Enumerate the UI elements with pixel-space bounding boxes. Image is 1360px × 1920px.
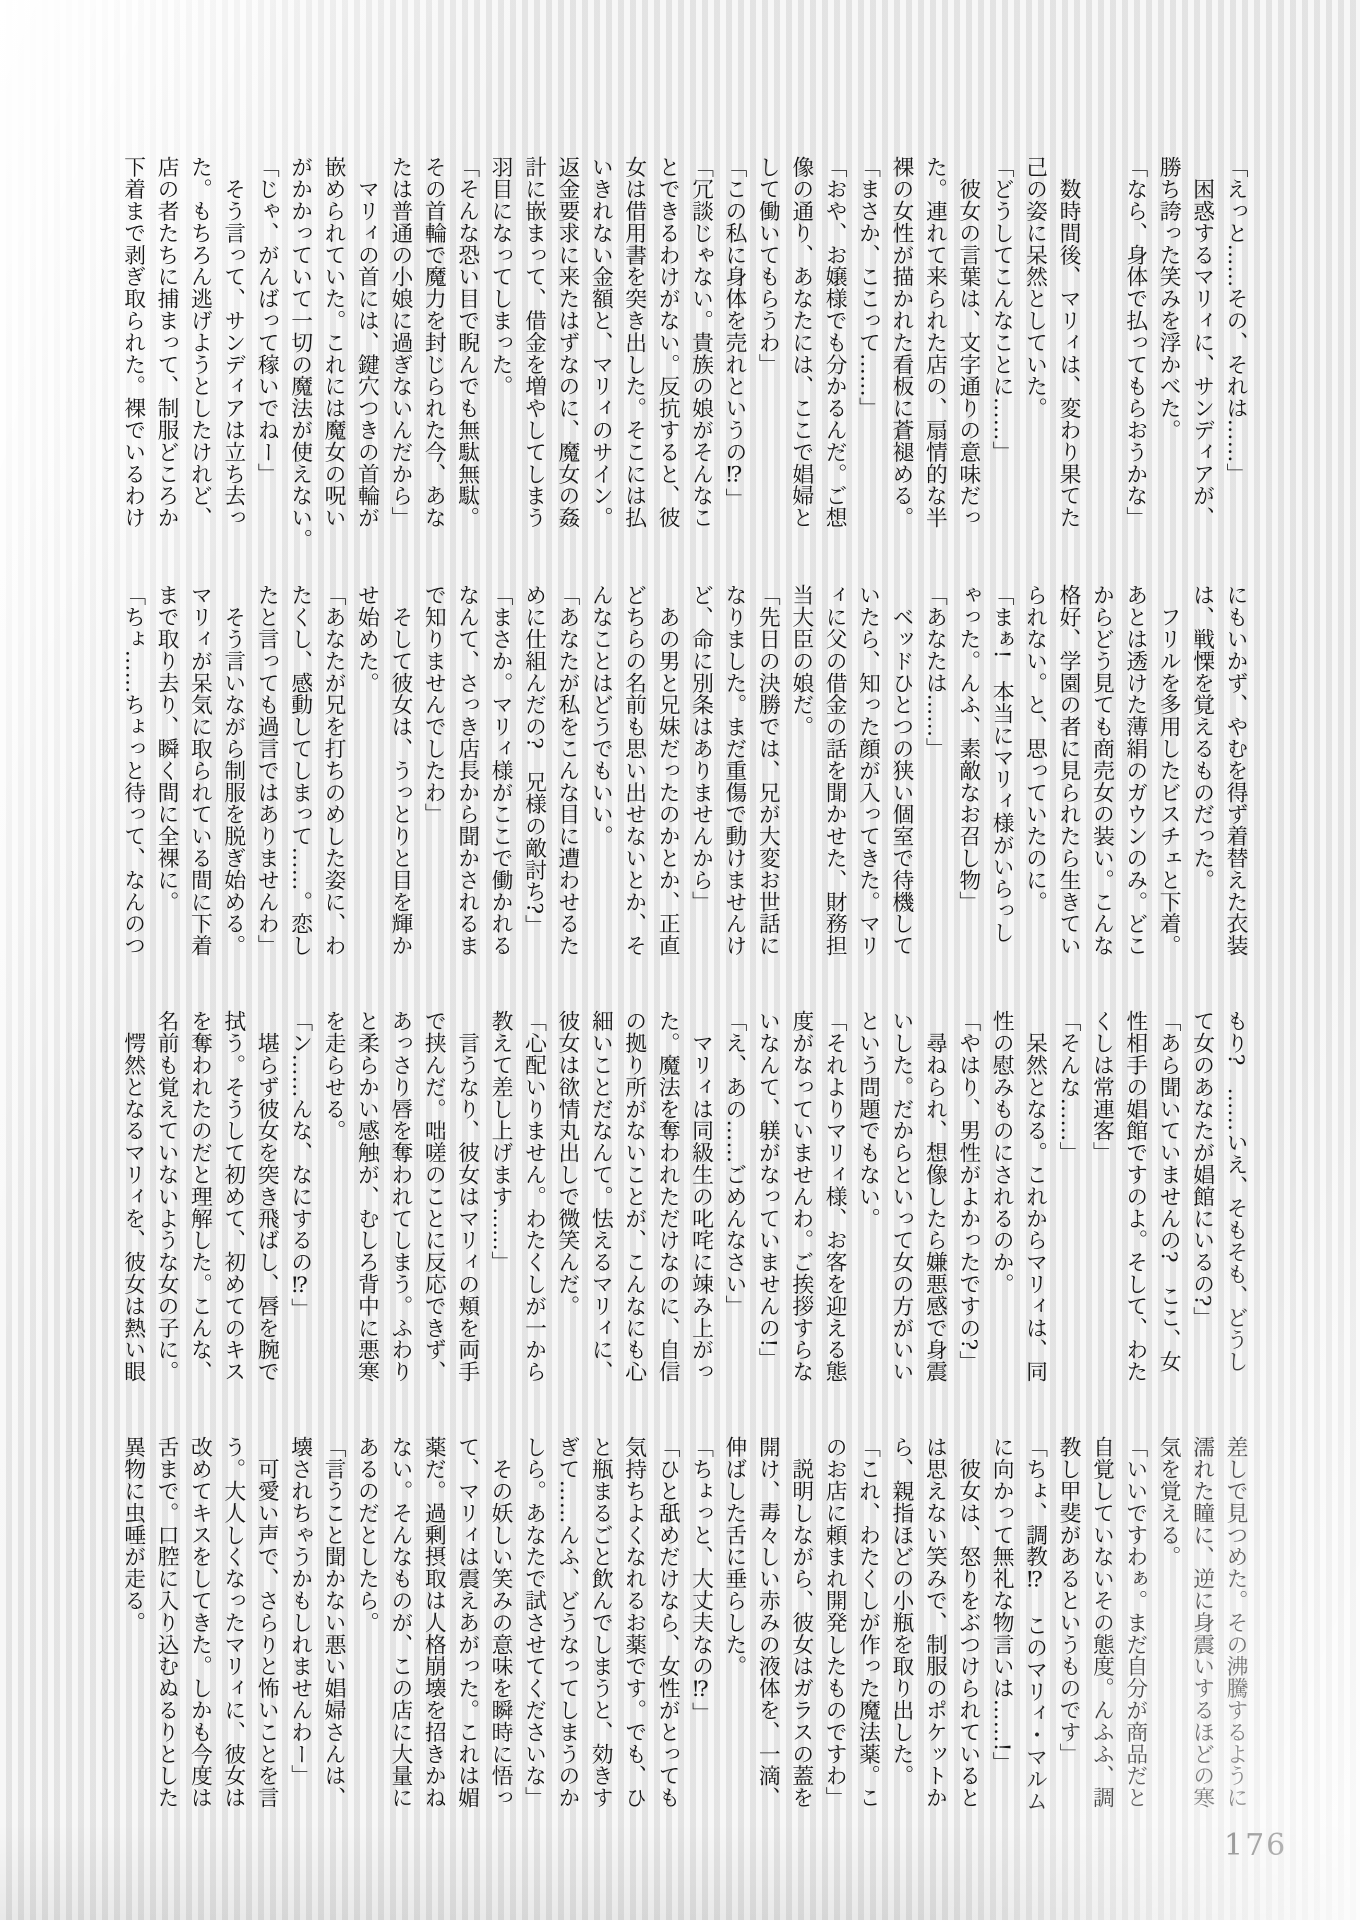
- text-band-2: にもいかず、やむを得ず着替えた衣装 は、戦慄を覚えるものだった。 フリルを多用し…: [110, 584, 1252, 984]
- book-page: 「えっと……その、それは……」 困惑するマリィに、サンディアが、 勝ち誇った笑み…: [0, 0, 1360, 1920]
- text-band-3: もり? ……いえ、そもそも、どうし て女のあなたが娼館にいるの?」 「あら聞いて…: [110, 1010, 1252, 1410]
- text-band-1: 「えっと……その、それは……」 困惑するマリィに、サンディアが、 勝ち誇った笑み…: [110, 156, 1252, 556]
- page-number: 176: [1224, 1828, 1287, 1863]
- text-band-4: 差しで見つめた。その沸騰するように 濡れた瞳に、逆に身震いするほどの寒 気を覚え…: [110, 1436, 1252, 1836]
